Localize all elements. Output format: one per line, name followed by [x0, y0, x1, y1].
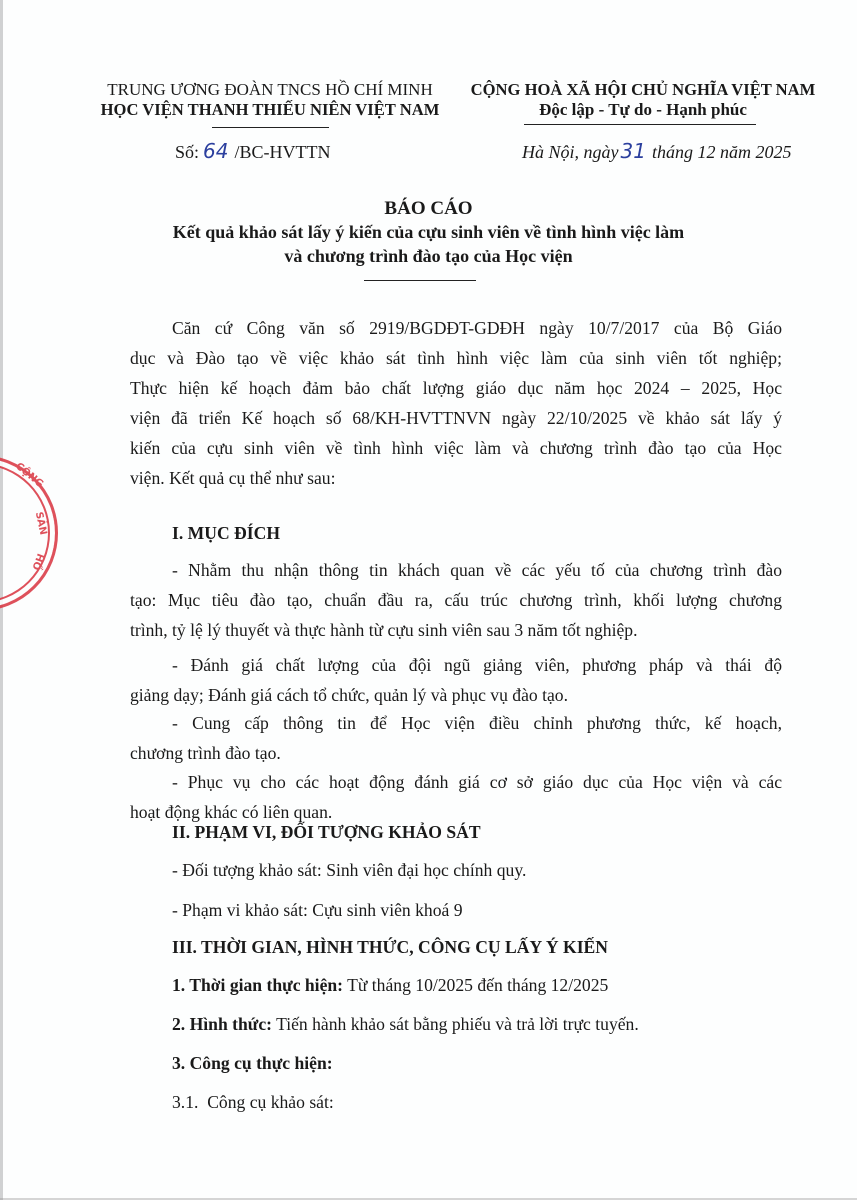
section-2-item-scope: - Phạm vi khảo sát: Cựu sinh viên khoá 9	[172, 900, 463, 921]
date-day-handwritten: 31	[621, 139, 646, 163]
report-subtitle-line2: và chương trình đào tạo của Học viện	[0, 246, 857, 267]
intro-line: Thực hiện kế hoạch đảm bảo chất lượng gi…	[130, 378, 782, 399]
document-date: Hà Nội, ngày31tháng 12 năm 2025	[522, 139, 791, 163]
section-1-item-line: - Phục vụ cho các hoạt động đánh giá cơ …	[172, 772, 782, 793]
section-3-heading: III. THỜI GIAN, HÌNH THỨC, CÔNG CỤ LẤY Ý…	[172, 937, 608, 958]
section-1-heading: I. MỤC ĐÍCH	[172, 523, 280, 544]
section-1-item-line: trình, tỷ lệ lý thuyết và thực hành từ c…	[130, 620, 637, 641]
section-3-item-tools: 3. Công cụ thực hiện:	[172, 1053, 333, 1074]
title-underline	[364, 280, 476, 281]
document-number-handwritten: 64	[203, 139, 228, 163]
stamp-text-bot: HỒ	[29, 552, 45, 572]
stamp-text-top: CỘNG	[13, 461, 45, 490]
document-number-prefix: Số:	[175, 142, 199, 162]
section-3-item-time: 1. Thời gian thực hiện: Từ tháng 10/2025…	[172, 975, 608, 996]
section-3-item-form: 2. Hình thức: Tiến hành khảo sát bằng ph…	[172, 1014, 639, 1035]
section-1-item-line: chương trình đào tạo.	[130, 743, 281, 764]
intro-line: Căn cứ Công văn số 2919/BGDĐT-GDĐH ngày …	[172, 318, 782, 339]
section-1-item-line: giảng dạy; Đánh giá cách tổ chức, quản l…	[130, 685, 568, 706]
document-number: Số:64/BC-HVTTN	[175, 139, 330, 163]
item-form-label: 2. Hình thức:	[172, 1014, 272, 1034]
issuer-underline	[212, 127, 329, 128]
section-1-item-line: tạo: Mục tiêu đào tạo, chuẩn đầu ra, cấu…	[130, 590, 782, 611]
item-time-label: 1. Thời gian thực hiện:	[172, 975, 343, 995]
report-subtitle-line1: Kết quả khảo sát lấy ý kiến của cựu sinh…	[0, 222, 857, 243]
item-form-value: Tiến hành khảo sát bằng phiếu và trả lời…	[272, 1014, 639, 1034]
national-title: CỘNG HOÀ XÃ HỘI CHỦ NGHĨA VIỆT NAM	[458, 80, 828, 100]
official-stamp: CỘNG SẢN HỒ	[0, 455, 58, 611]
motto-underline	[524, 124, 756, 125]
date-prefix: Hà Nội, ngày	[522, 142, 619, 162]
section-2-heading: II. PHẠM VI, ĐỐI TƯỢNG KHẢO SÁT	[172, 822, 481, 843]
intro-line: viện đã triển Kế hoạch số 68/KH-HVTTNVN …	[130, 408, 782, 429]
section-2-item-target: - Đối tượng khảo sát: Sinh viên đại học …	[172, 860, 526, 881]
date-suffix: tháng 12 năm 2025	[652, 142, 792, 162]
document-number-suffix: /BC-HVTTN	[234, 142, 330, 162]
report-title: BÁO CÁO	[0, 198, 857, 220]
national-motto: Độc lập - Tự do - Hạnh phúc	[510, 100, 776, 120]
section-1-item-line: hoạt động khác có liên quan.	[130, 802, 332, 823]
item-time-value: Từ tháng 10/2025 đến tháng 12/2025	[343, 975, 608, 995]
intro-line: viện. Kết quả cụ thể như sau:	[130, 468, 335, 489]
intro-line: dục và Đào tạo về việc khảo sát tình hìn…	[130, 348, 782, 369]
intro-line: kiến của cựu sinh viên về tình hình việc…	[130, 438, 782, 459]
issuer-org: HỌC VIỆN THANH THIẾU NIÊN VIỆT NAM	[80, 100, 460, 120]
section-3-item-tools-survey: 3.1. Công cụ khảo sát:	[172, 1092, 334, 1113]
section-1-item-line: - Đánh giá chất lượng của đội ngũ giảng …	[172, 655, 782, 676]
section-1-item-line: - Cung cấp thông tin để Học viện điều ch…	[172, 713, 782, 734]
stamp-text-mid: SẢN	[33, 511, 49, 536]
issuer-parent-org: TRUNG ƯƠNG ĐOÀN TNCS HỒ CHÍ MINH	[88, 80, 452, 100]
section-1-item-line: - Nhằm thu nhận thông tin khách quan về …	[172, 560, 782, 581]
document-page: CỘNG SẢN HỒ TRUNG ƯƠNG ĐOÀN TNCS HỒ CHÍ …	[0, 0, 857, 1200]
